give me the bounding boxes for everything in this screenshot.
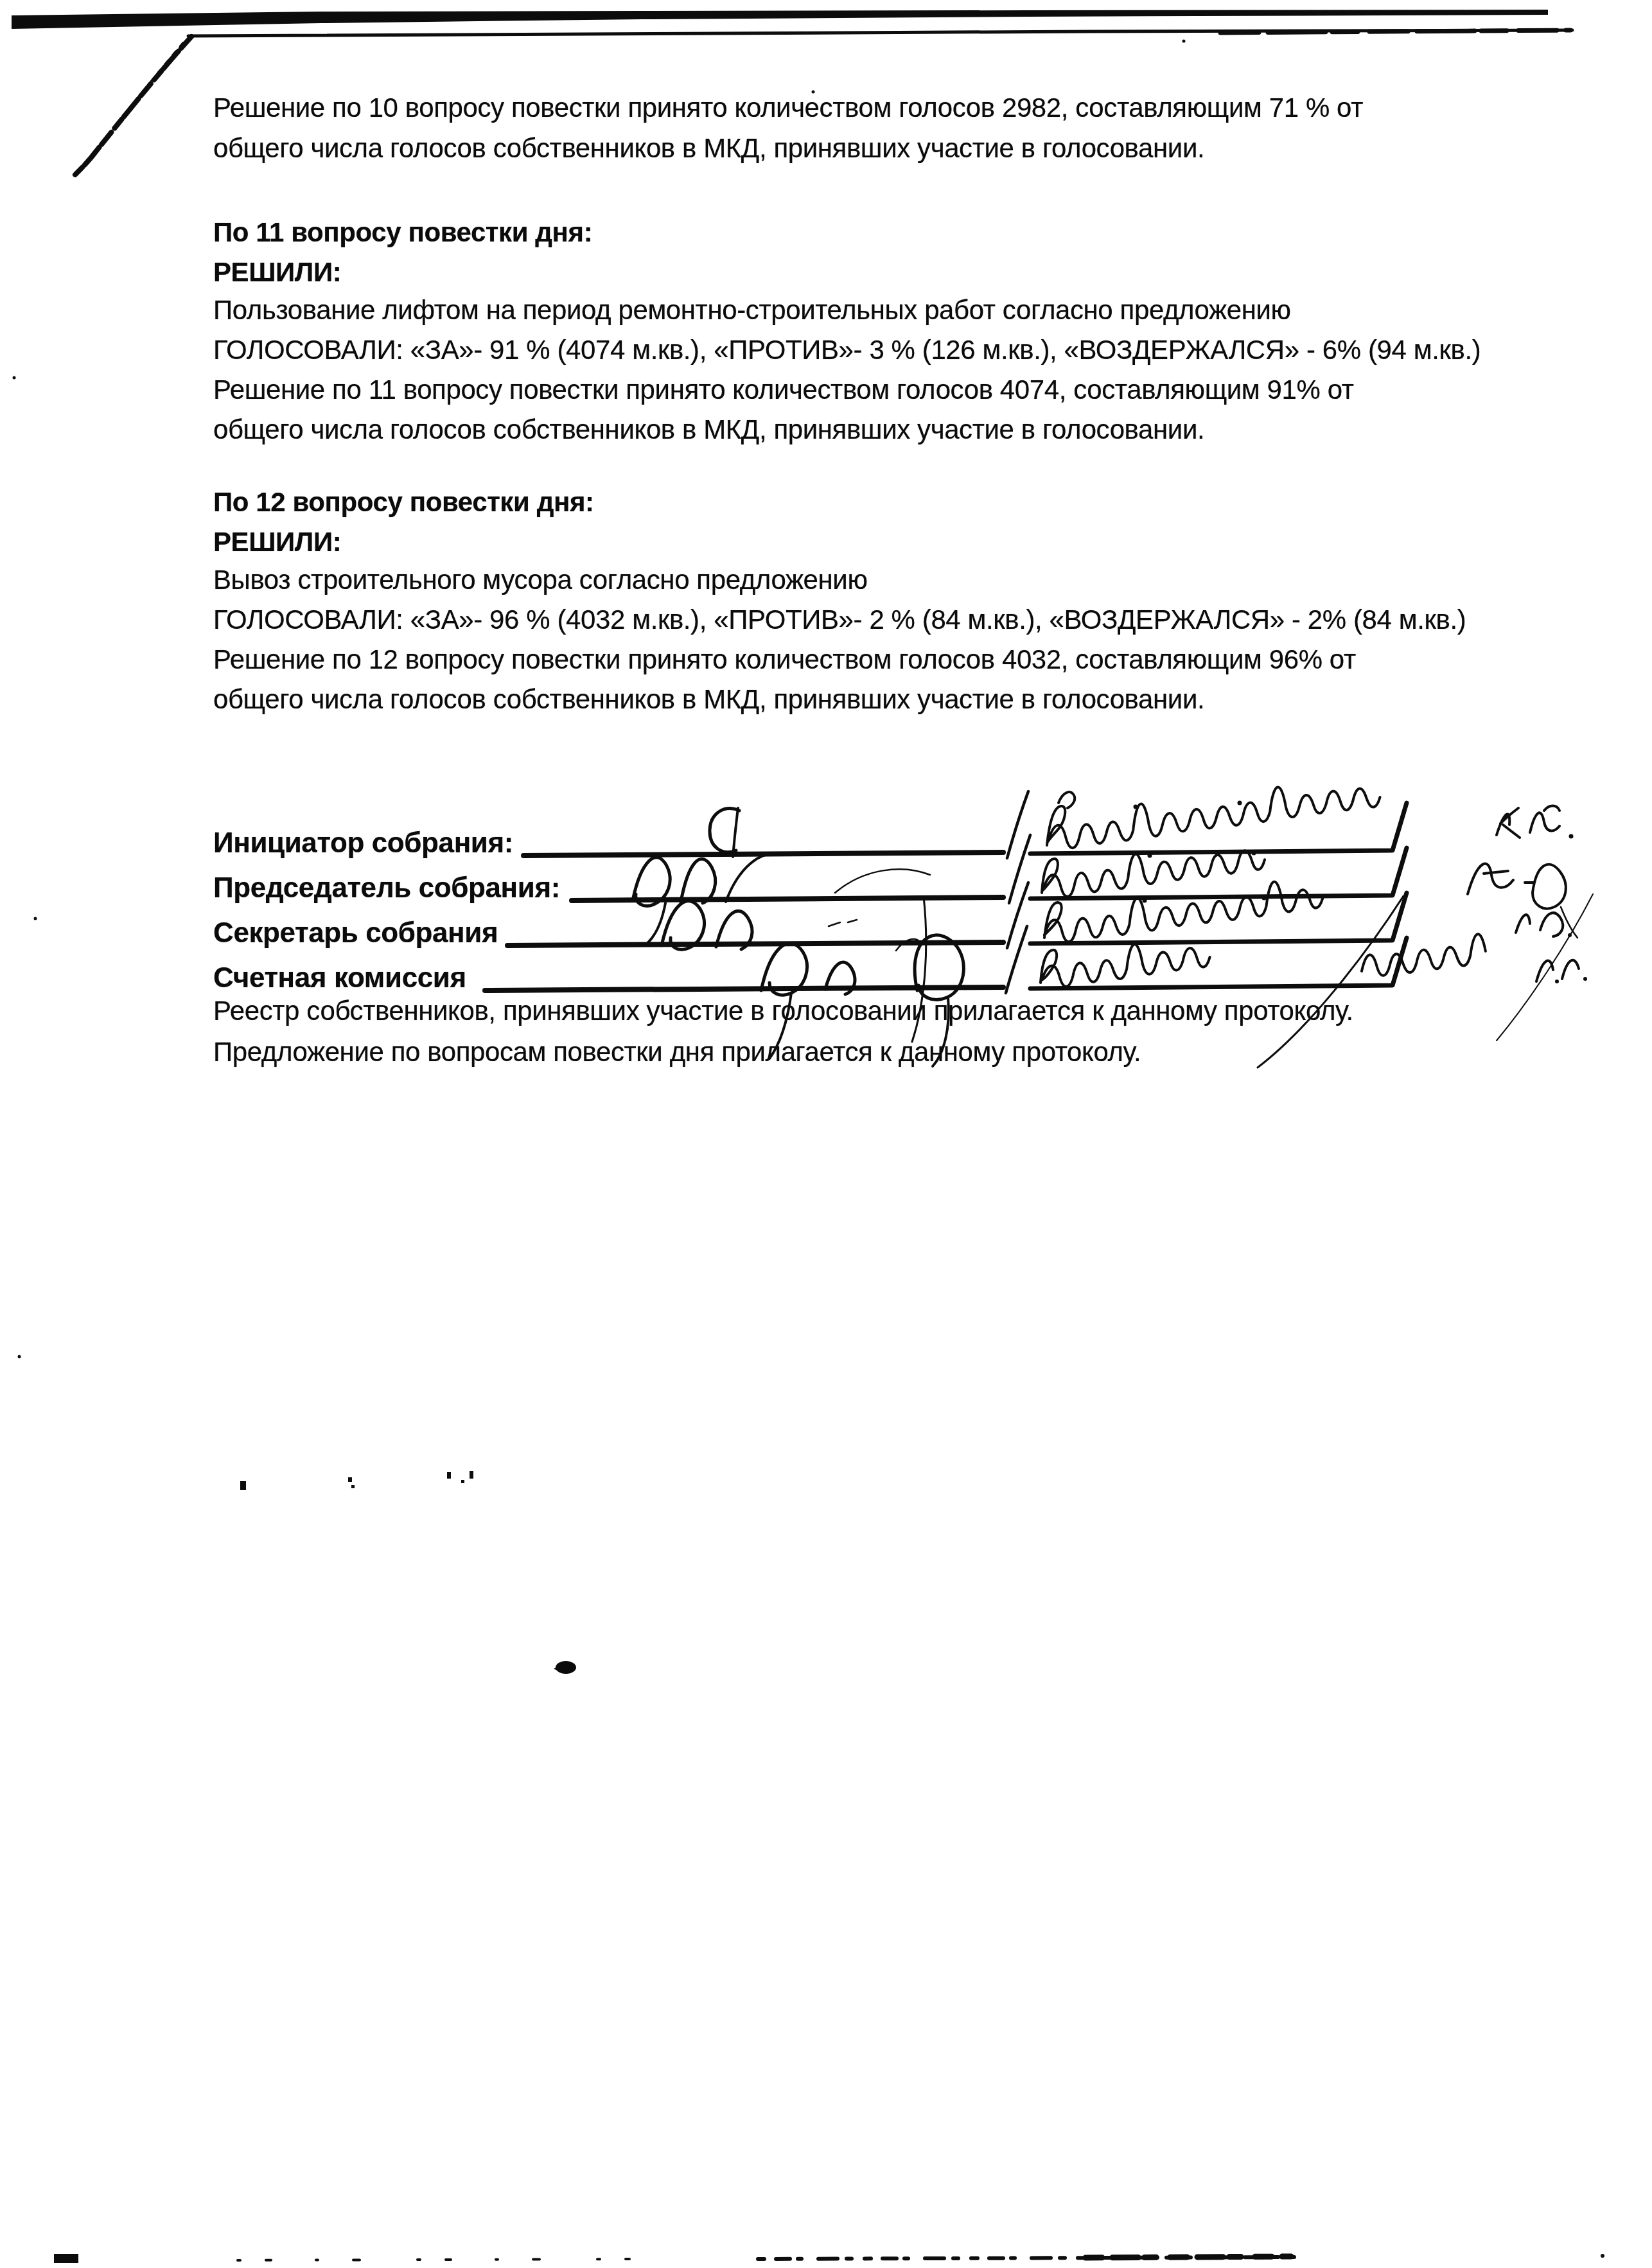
section-12-heading: По 12 вопросу повестки дня: bbox=[213, 487, 594, 518]
scan-artifact-diagonal-scratch bbox=[75, 37, 191, 175]
section-12-decision-line-1: Решение по 12 вопросу повестки принято к… bbox=[213, 644, 1356, 675]
scan-artifact-top-bar bbox=[12, 10, 1572, 36]
handwriting-name-secretary bbox=[1042, 880, 1572, 942]
ink-blob bbox=[554, 1661, 576, 1674]
decision-10-line-1: Решение по 10 вопросу повестки принято к… bbox=[213, 92, 1363, 123]
slash-row-4 bbox=[1006, 926, 1027, 993]
signature-label-initiator: Инициатор собрания: bbox=[213, 827, 513, 859]
signature-label-secretary: Секретарь собрания bbox=[213, 917, 498, 949]
slash-row-2 bbox=[1009, 835, 1030, 903]
decision-10-line-2: общего числа голосов собственников в МКД… bbox=[213, 133, 1204, 164]
handwriting-signature-secretary bbox=[662, 901, 857, 950]
scan-specks bbox=[13, 40, 1186, 1491]
section-11-decision-line-1: Решение по 11 вопросу повестки принято к… bbox=[213, 374, 1354, 405]
section-11-resolution: Пользование лифтом на период ремонтно-ст… bbox=[213, 295, 1291, 326]
section-11-resolved-label: РЕШИЛИ: bbox=[213, 257, 341, 288]
section-11-heading: По 11 вопросу повестки дня: bbox=[213, 217, 592, 248]
section-11-voting: ГОЛОСОВАЛИ: «ЗА»- 91 % (4074 м.кв.), «ПР… bbox=[213, 335, 1481, 365]
section-12-resolved-label: РЕШИЛИ: bbox=[213, 527, 341, 558]
handwriting-signature-initiator bbox=[710, 808, 739, 857]
signature-label-chairman: Председатель собрания: bbox=[213, 872, 560, 904]
slash-row-3 bbox=[1007, 883, 1028, 948]
section-12-decision-line-2: общего числа голосов собственников в МКД… bbox=[213, 684, 1204, 715]
scanned-protocol-page: Решение по 10 вопросу повестки принято к… bbox=[0, 0, 1652, 2268]
signature-label-counting-commission: Счетная комиссия bbox=[213, 962, 466, 994]
handwriting-name-initiator bbox=[1045, 783, 1573, 848]
section-11-decision-line-2: общего числа голосов собственников в МКД… bbox=[213, 414, 1204, 445]
scan-artifact-bottom-noise bbox=[54, 2254, 1604, 2263]
footer-registry-line: Реестр собственников, принявших участие … bbox=[213, 996, 1353, 1026]
handwriting-name-chairman bbox=[1041, 848, 1577, 938]
footer-proposal-line: Предложение по вопросам повестки дня при… bbox=[213, 1037, 1141, 1068]
section-12-voting: ГОЛОСОВАЛИ: «ЗА»- 96 % (4032 м.кв.), «ПР… bbox=[213, 604, 1466, 635]
slash-row-1 bbox=[1007, 791, 1028, 858]
section-12-resolution: Вывоз строительного мусора согласно пред… bbox=[213, 565, 868, 595]
signature-rule-lines bbox=[485, 791, 1407, 993]
